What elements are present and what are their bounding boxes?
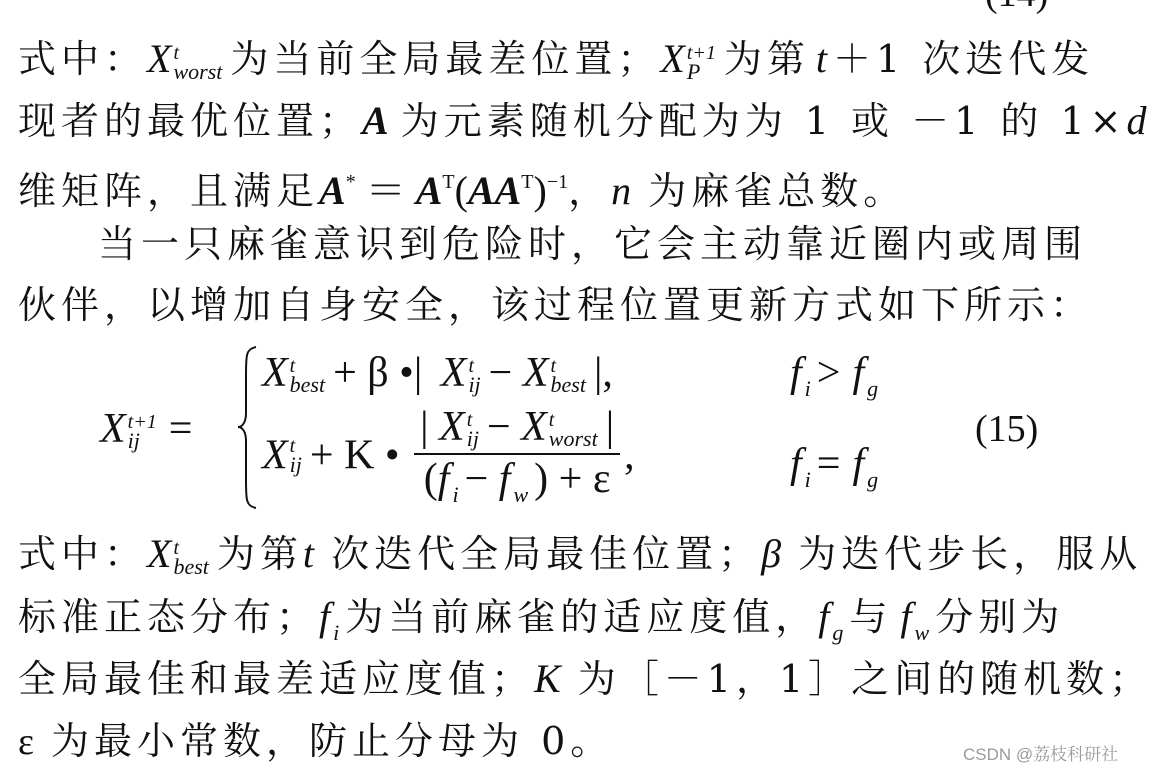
sub: worst xyxy=(173,61,222,83)
sub: i xyxy=(805,376,811,401)
end: |, xyxy=(594,350,613,396)
paren: ) xyxy=(534,168,547,213)
denominator: (fi− fw) + ε xyxy=(418,455,617,508)
condition-2: fi=fg xyxy=(790,440,884,493)
text: 为迭代步长，服从 xyxy=(781,532,1142,576)
sub: worst xyxy=(549,428,598,450)
base: X xyxy=(660,36,684,81)
sub: g xyxy=(832,620,843,645)
eq: ＝ xyxy=(356,168,416,213)
var-t: t xyxy=(303,531,314,576)
equation-number: (15) xyxy=(975,407,1038,451)
var-n: n xyxy=(611,168,631,213)
para3-line4: ε 为最小常数，防止分母为 0。 xyxy=(18,719,613,764)
op: > xyxy=(817,350,841,396)
equation-case-2: Xtij+ K • | Xtij− Xtworst| (fi− fw) + ε … xyxy=(262,403,635,508)
sub: ij xyxy=(468,374,480,396)
minus: − xyxy=(489,350,513,396)
sub: i xyxy=(452,482,458,507)
base: X xyxy=(100,406,126,452)
abs: | xyxy=(606,404,614,450)
end: , xyxy=(624,433,635,479)
text: 与 xyxy=(849,595,892,639)
plus-beta: + β •| xyxy=(333,350,422,396)
sup-sub: tworst xyxy=(549,410,598,450)
sub: best xyxy=(290,374,325,396)
aa: AA xyxy=(468,168,521,213)
base: X xyxy=(147,36,171,81)
f: f xyxy=(499,456,511,502)
minus: − xyxy=(465,456,489,502)
sup-sub: tbest xyxy=(551,356,586,396)
sub: ij xyxy=(290,454,302,476)
previous-equation-number: (14) xyxy=(985,0,1048,16)
sup: t xyxy=(173,43,222,61)
var-x-p: X xyxy=(660,36,684,81)
var-fg: f xyxy=(818,594,829,639)
sub: g xyxy=(867,376,878,401)
sub: ij xyxy=(467,428,479,450)
text: 式中： xyxy=(18,532,147,576)
text: 为当前全局最差位置； xyxy=(230,37,660,81)
var-f: f xyxy=(319,594,330,639)
para2-line2: 伙伴，以增加自身安全，该过程位置更新方式如下所示： xyxy=(18,283,1093,327)
numerator: | Xtij− Xtworst| xyxy=(414,403,620,453)
sub: w xyxy=(915,620,930,645)
sub: ij xyxy=(128,430,157,452)
formula-a-star: A* ＝ AT(AAT)−1 xyxy=(319,168,568,213)
para3-line1: 式中：Xtbest为第t 次迭代全局最佳位置；β 为迭代步长，服从 xyxy=(18,532,1142,578)
var-epsilon: ε xyxy=(18,721,34,763)
equation-15: Xt+1ij= Xtbest+ β •| Xtij− Xtbest|, fi>f… xyxy=(100,345,1100,515)
var-matrix-a: A xyxy=(362,98,389,143)
sub: best xyxy=(173,556,208,578)
text: 为最小常数，防止分母为 0。 xyxy=(34,719,613,763)
var-beta: β xyxy=(761,531,781,576)
text: 为［－1，1］之间的随机数； xyxy=(561,657,1152,701)
text: 为当前麻雀的适应度值， xyxy=(345,595,818,639)
fraction: | Xtij− Xtworst| (fi− fw) + ε xyxy=(414,403,620,508)
sup-sub: t+1ij xyxy=(128,412,157,452)
minus: − xyxy=(487,404,511,450)
text: ， xyxy=(568,169,611,213)
para3-line2: 标准正态分布；fi为当前麻雀的适应度值，fg与fw分别为 xyxy=(18,595,1064,655)
sub: i xyxy=(333,620,339,645)
sup-sub: tbest xyxy=(290,356,325,396)
sub: best xyxy=(551,374,586,396)
para1-line3: 维矩阵，且满足A* ＝ AT(AAT)−1，n 为麻雀总数。 xyxy=(18,160,906,213)
f: f xyxy=(790,350,802,396)
op: = xyxy=(817,441,841,487)
text: 分别为 xyxy=(935,595,1064,639)
sup-sub: tij xyxy=(290,436,302,476)
sup-sub: t+1P xyxy=(687,43,716,83)
f: f xyxy=(852,441,864,487)
abs: | xyxy=(420,404,428,450)
text: 为第 xyxy=(724,37,810,81)
text: 为元素随机分配为为 1 或 －1 的 1× xyxy=(401,99,1127,143)
text: 式中： xyxy=(18,37,147,81)
left-brace-icon xyxy=(236,345,260,510)
sup-sub: tbest xyxy=(173,538,208,578)
sub: P xyxy=(687,61,716,83)
equation-lhs: Xt+1ij= xyxy=(100,405,192,453)
paren: ( xyxy=(455,168,468,213)
var-t: t xyxy=(816,36,827,81)
paren-eps: ) + ε xyxy=(534,456,610,502)
text: 全局最佳和最差适应度值； xyxy=(18,657,534,701)
var-x-best: X xyxy=(147,531,171,576)
condition-1: fi>fg xyxy=(790,349,884,402)
sub: g xyxy=(867,467,878,492)
equals: = xyxy=(169,406,193,452)
para2-line1: 当一只麻雀意识到危险时，它会主动靠近圈内或周围 xyxy=(98,222,1087,266)
paren: ( xyxy=(424,456,438,502)
watermark: CSDN @荔枝科研社 xyxy=(963,740,1118,765)
sup: t xyxy=(290,436,302,454)
var-x-worst: X xyxy=(147,36,171,81)
star: * xyxy=(346,171,356,193)
var-fw: f xyxy=(900,594,911,639)
transpose: T xyxy=(442,171,454,193)
sup: t+1 xyxy=(687,43,716,61)
text: 现者的最优位置； xyxy=(18,99,362,143)
sub: i xyxy=(805,467,811,492)
sub: w xyxy=(513,482,528,507)
sup-sub: tij xyxy=(468,356,480,396)
equation-case-1: Xtbest+ β •| Xtij− Xtbest|, xyxy=(262,349,613,397)
text: ＋1 次迭代发 xyxy=(833,37,1094,81)
text: 维矩阵，且满足 xyxy=(18,169,319,213)
a: A xyxy=(319,168,346,213)
a: A xyxy=(416,168,443,213)
text: 为第 xyxy=(217,532,303,576)
para1-line1: 式中：Xtworst为当前全局最差位置；Xt+1P为第t＋1 次迭代发 xyxy=(18,37,1094,83)
inverse: −1 xyxy=(547,171,568,193)
text: 次迭代全局最佳位置； xyxy=(314,532,761,576)
para3-line3: 全局最佳和最差适应度值；K 为［－1，1］之间的随机数； xyxy=(18,657,1152,701)
transpose: T xyxy=(521,171,533,193)
var-k: K xyxy=(534,656,561,701)
var-d: d xyxy=(1126,98,1146,143)
sup: t xyxy=(173,538,208,556)
text: 标准正态分布； xyxy=(18,595,319,639)
f: f xyxy=(790,441,802,487)
f: f xyxy=(852,350,864,396)
sup-sub: tworst xyxy=(173,43,222,83)
sup-sub: tij xyxy=(467,410,479,450)
f: f xyxy=(438,456,450,502)
plus-k: + K • xyxy=(310,433,400,479)
para1-line2: 现者的最优位置；A为元素随机分配为为 1 或 －1 的 1×d xyxy=(18,99,1146,143)
text: 为麻雀总数。 xyxy=(631,169,906,213)
